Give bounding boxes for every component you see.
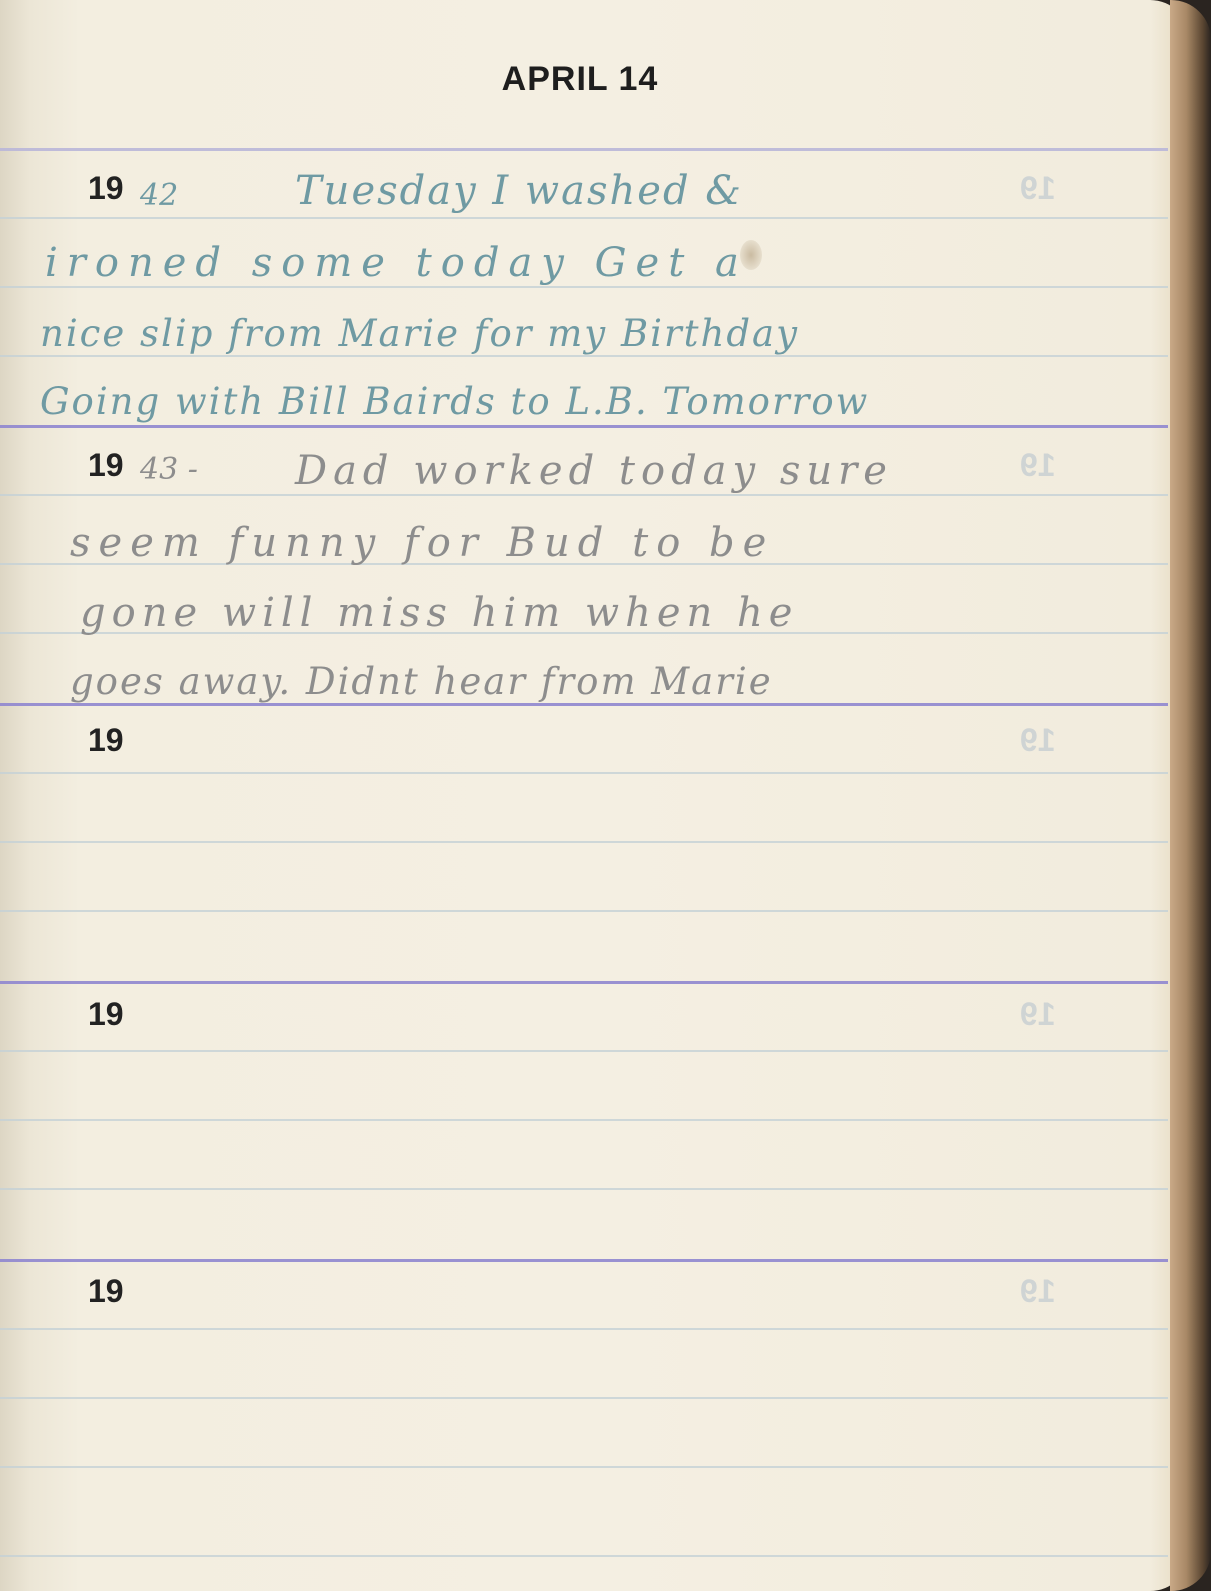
ghost-year-label: 19	[1020, 170, 1056, 207]
year-label: 19	[88, 170, 124, 207]
ruled-line	[0, 841, 1168, 843]
section-divider	[0, 981, 1168, 984]
ruled-line	[0, 1119, 1168, 1121]
ghost-year-label: 19	[1020, 722, 1056, 759]
section-divider	[0, 425, 1168, 428]
ruled-line	[0, 1328, 1168, 1330]
ruled-line	[0, 217, 1168, 219]
ruled-line	[0, 494, 1168, 496]
diary-page: APRIL 14 19 42 19 Tuesday I washed & iro…	[0, 0, 1190, 1591]
ruled-line	[0, 1050, 1168, 1052]
ruled-line	[0, 1397, 1168, 1399]
handwritten-line: Going with Bill Bairds to L.B. Tomorrow	[40, 380, 869, 423]
date-header: APRIL 14	[0, 60, 1160, 99]
ruled-line	[0, 1555, 1168, 1557]
year-label: 19	[88, 1273, 124, 1310]
handwritten-line: gone will miss him when he	[80, 590, 798, 636]
ghost-year-label: 19	[1020, 1273, 1056, 1310]
handwritten-line: seem funny for Bud to be	[70, 520, 774, 566]
year-suffix: 42	[140, 178, 178, 213]
ruled-line	[0, 1466, 1168, 1468]
year-suffix: 43 -	[140, 452, 198, 487]
section-divider	[0, 703, 1168, 706]
handwritten-line: nice slip from Marie for my Birthday	[40, 312, 799, 355]
section-divider	[0, 148, 1168, 151]
ruled-line	[0, 286, 1168, 288]
year-label: 19	[88, 447, 124, 484]
handwritten-line: ironed some today Get a	[45, 240, 748, 286]
ruled-line	[0, 1188, 1168, 1190]
ghost-year-label: 19	[1020, 447, 1056, 484]
ruled-line	[0, 355, 1168, 357]
handwritten-line: Tuesday I washed &	[295, 168, 743, 214]
year-label: 19	[88, 996, 124, 1033]
ghost-year-label: 19	[1020, 996, 1056, 1033]
ruled-line	[0, 910, 1168, 912]
handwritten-line: goes away. Didnt hear from Marie	[70, 660, 773, 703]
section-divider	[0, 1259, 1168, 1262]
year-label: 19	[88, 722, 124, 759]
ruled-line	[0, 772, 1168, 774]
page-edge	[1170, 0, 1211, 1591]
handwritten-line: Dad worked today sure	[295, 448, 893, 494]
